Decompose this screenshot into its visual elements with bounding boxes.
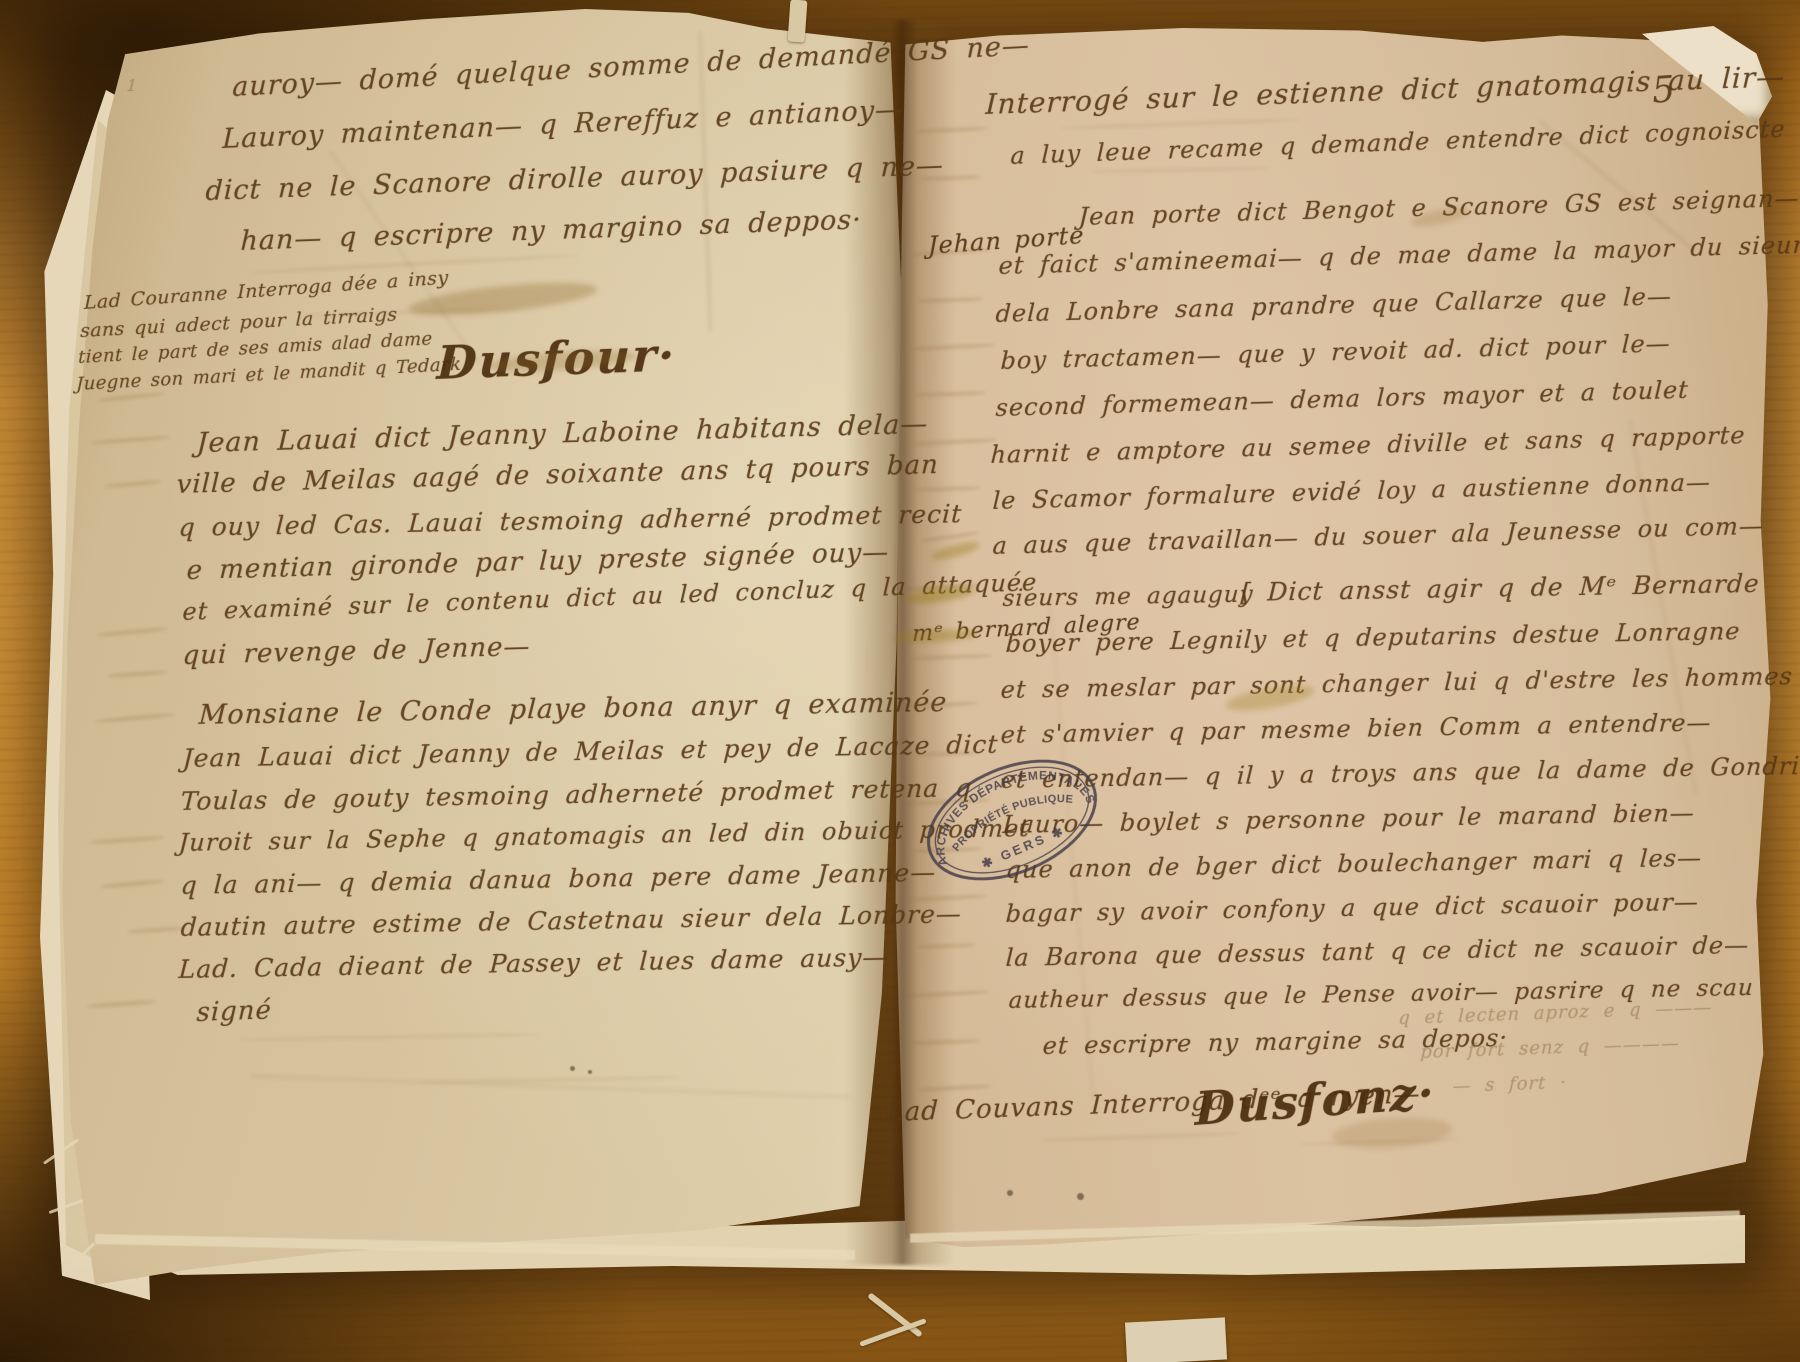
ghost-stroke [918, 1084, 992, 1092]
ghost-stroke [914, 486, 980, 492]
ghost-stroke [108, 670, 168, 678]
ghost-stroke [96, 627, 168, 637]
ghost-stroke [104, 479, 162, 488]
paper-crease [1539, 120, 1693, 250]
ghost-stroke [86, 1000, 156, 1009]
ghost-stroke [128, 926, 183, 934]
ghost-stroke [100, 879, 164, 889]
ink-stain [893, 628, 979, 644]
ghost-stroke [908, 438, 998, 447]
ghost-stroke [918, 297, 983, 303]
ghost-stroke [916, 943, 976, 949]
ghost-stroke [1090, 166, 1270, 173]
ghost-bleedthrough-layer [0, 0, 1800, 1362]
ink-stain [1224, 680, 1316, 715]
ink-stain [488, 347, 639, 375]
manuscript-photo: auroy— domé quelque somme de demandé GS … [0, 0, 1800, 1362]
ghost-stroke [98, 392, 164, 403]
ink-stain [1409, 204, 1471, 230]
ghost-stroke [912, 247, 992, 257]
ghost-stroke [905, 990, 990, 998]
ghost-stroke [1040, 1132, 1240, 1143]
ghost-stroke [92, 435, 170, 444]
open-manuscript-book: auroy— domé quelque somme de demandé GS … [0, 0, 1800, 1362]
ghost-stroke [920, 175, 980, 181]
ghost-stroke [240, 1032, 540, 1041]
ghost-stroke [90, 835, 164, 844]
ghost-stroke [910, 343, 995, 351]
paper-crease [329, 150, 480, 364]
page-number: 5 [1651, 69, 1677, 111]
wormhole [1007, 1190, 1013, 1196]
ghost-stroke [908, 701, 978, 709]
ghost-stroke [912, 1039, 980, 1045]
ghost-stroke [95, 713, 175, 724]
wormhole [588, 1070, 592, 1074]
binding-tie-top [788, 0, 808, 43]
paper-crease [699, 31, 711, 331]
wormhole [570, 1066, 575, 1071]
paper-slip [1125, 1317, 1227, 1362]
ink-stain [407, 276, 599, 322]
ghost-stroke [915, 751, 977, 757]
ink-stain [929, 539, 980, 564]
ghost-stroke [916, 391, 986, 397]
ghost-stroke [912, 654, 992, 661]
ghost-stroke [1060, 118, 1300, 130]
ghost-stroke [915, 126, 987, 134]
ink-stain [1331, 1114, 1453, 1152]
paper-crease [1629, 421, 1697, 796]
wormhole [1077, 1193, 1084, 1200]
